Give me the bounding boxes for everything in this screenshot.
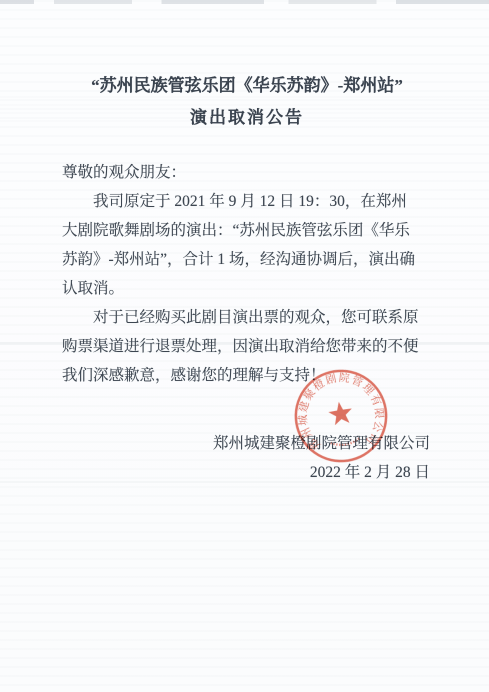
scanned-notice-page: “苏州民族管弦乐团《华乐苏韵》-郑州站” 演出取消公告 尊敬的观众朋友： 我司原… <box>0 0 489 692</box>
signature-block: 郑州城建聚橙剧院管理有限公司 2022 年 2 月 28 日 <box>62 429 432 487</box>
salutation: 尊敬的观众朋友： <box>62 158 432 187</box>
notice-title-line2: 演出取消公告 <box>62 106 432 129</box>
signature-company: 郑州城建聚橙剧院管理有限公司 <box>62 429 430 458</box>
body-line: 认取消。 <box>62 274 432 303</box>
notice-body: 尊敬的观众朋友： 我司原定于 2021 年 9 月 12 日 19：30，在郑州… <box>62 158 432 390</box>
body-line: 购票渠道进行退票处理，因演出取消给您带来的不便 <box>62 332 432 361</box>
signature-date: 2022 年 2 月 28 日 <box>62 458 430 487</box>
body-line: 大剧院歌舞剧场的演出：“苏州民族管弦乐团《华乐 <box>62 216 432 245</box>
notice-content: “苏州民族管弦乐团《华乐苏韵》-郑州站” 演出取消公告 尊敬的观众朋友： 我司原… <box>62 74 432 487</box>
body-line: 我司原定于 2021 年 9 月 12 日 19：30，在郑州 <box>62 187 432 216</box>
body-line: 苏韵》-郑州站”，合计 1 场，经沟通协调后，演出确 <box>62 245 432 274</box>
notice-title-line1: “苏州民族管弦乐团《华乐苏韵》-郑州站” <box>62 74 432 97</box>
body-line: 我们深感歉意，感谢您的理解与支持！ <box>62 361 432 390</box>
scan-artifact <box>0 0 489 4</box>
body-line: 对于已经购买此剧目演出票的观众，您可联系原 <box>62 303 432 332</box>
